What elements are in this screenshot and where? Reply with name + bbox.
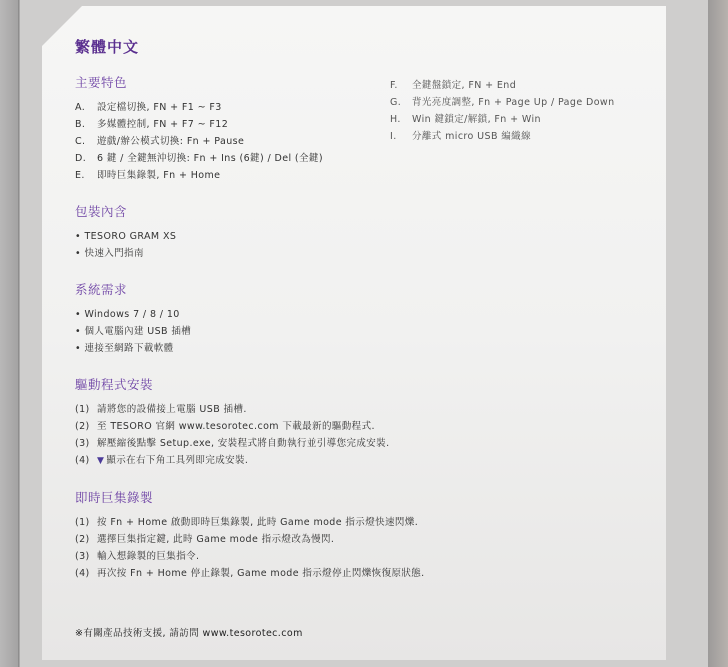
section-heading: 系統需求 [75,280,646,298]
manual-page: 繁體中文 主要特色 A.設定檔切換, FN + F1 ~ F3 B.多媒體控制,… [42,6,666,660]
list-item: (2)至 TESORO 官網 www.tesorotec.com 下載最新的驅動… [75,418,646,435]
list-item: F.全鍵盤鎖定, FN + End [390,77,615,94]
list-item: (3)輸入想錄製的巨集指令. [75,548,646,565]
list-item: 連接至網路下載軟體 [75,340,646,357]
page-title: 繁體中文 [75,36,646,57]
list-item: TESORO GRAM XS [75,228,646,245]
features-column-left: A.設定檔切換, FN + F1 ~ F3 B.多媒體控制, FN + F7 ~… [75,99,390,184]
background-surface [0,0,19,667]
section-heading: 包裝內含 [75,202,646,220]
section-features: 主要特色 A.設定檔切換, FN + F1 ~ F3 B.多媒體控制, FN +… [75,73,646,184]
section-heading: 即時巨集錄製 [75,488,646,506]
list-item: G.背光亮度調整, Fn + Page Up / Page Down [390,94,615,111]
features-list: A.設定檔切換, FN + F1 ~ F3 B.多媒體控制, FN + F7 ~… [75,99,646,184]
list-item: Windows 7 / 8 / 10 [75,306,646,323]
list-item: (4)▼顯示在右下角工具列即完成安裝. [75,452,646,470]
list-item: (2)選擇巨集指定鍵, 此時 Game mode 指示燈改為慢閃. [75,531,646,548]
background-edge [708,0,728,667]
support-note: ※有關產品技術支援, 請訪問 www.tesorotec.com [75,625,303,639]
list-item: C.遊戲/辦公模式切換: Fn + Pause [75,133,390,150]
section-driver-install: 驅動程式安裝 (1)請將您的設備接上電腦 USB 插槽. (2)至 TESORO… [75,375,646,470]
section-macro: 即時巨集錄製 (1)按 Fn + Home 啟動即時巨集錄製, 此時 Game … [75,488,646,582]
page-content: 繁體中文 主要特色 A.設定檔切換, FN + F1 ~ F3 B.多媒體控制,… [75,36,646,600]
list-item: A.設定檔切換, FN + F1 ~ F3 [75,99,390,116]
list-item: (3)解壓縮後點擊 Setup.exe, 安裝程式將自動執行並引導您完成安裝. [75,435,646,452]
section-heading: 驅動程式安裝 [75,375,646,393]
list-item: H.Win 鍵鎖定/解鎖, Fn + Win [390,111,615,128]
list-item: D.6 鍵 / 全鍵無沖切換: Fn + Ins (6鍵) / Del (全鍵) [75,150,390,167]
list-item: (1)按 Fn + Home 啟動即時巨集錄製, 此時 Game mode 指示… [75,514,646,531]
section-requirements: 系統需求 Windows 7 / 8 / 10 個人電腦內建 USB 插槽 連接… [75,280,646,357]
list-item: 個人電腦內建 USB 插槽 [75,323,646,340]
section-package: 包裝內含 TESORO GRAM XS 快速入門指南 [75,202,646,262]
list-item: (1)請將您的設備接上電腦 USB 插槽. [75,401,646,418]
list-item: E.即時巨集錄製, Fn + Home [75,167,390,184]
list-item: (4)再次按 Fn + Home 停止錄製, Game mode 指示燈停止閃爍… [75,565,646,582]
list-item: B.多媒體控制, FN + F7 ~ F12 [75,116,390,133]
list-item: 快速入門指南 [75,245,646,262]
tray-icon: ▼ [97,456,104,466]
features-column-right: F.全鍵盤鎖定, FN + End G.背光亮度調整, Fn + Page Up… [390,77,615,184]
list-item: I.分離式 micro USB 編織線 [390,128,615,145]
